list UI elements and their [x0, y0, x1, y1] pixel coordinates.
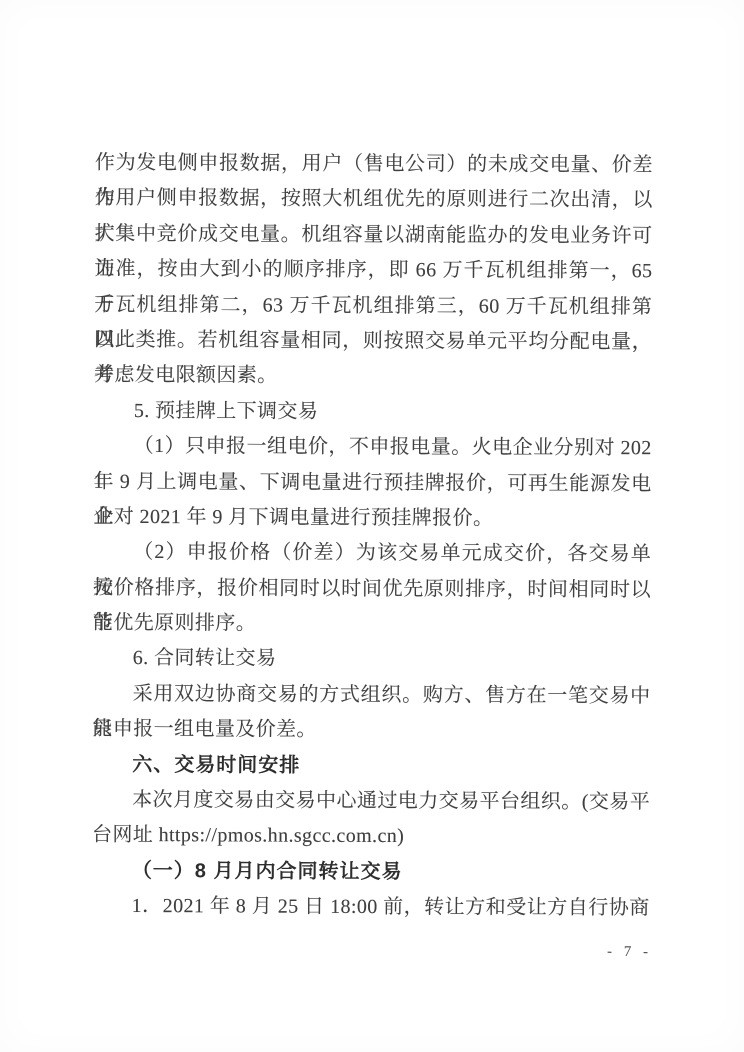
text-line: 能申报一组电量及价差。	[92, 712, 650, 750]
text-line: 以此类推。若机组容量相同，则按照交易单元平均分配电量，并	[94, 323, 652, 361]
text-line: （1）只申报一组电价，不申报电量。火电企业分别对 2021	[94, 429, 652, 467]
text-line: 为用户侧申报数据，按照大机组优先的原则进行二次出清，以扩	[95, 181, 653, 219]
text-line: 业对 2021 年 9 月下调电量进行预挂牌报价。	[93, 500, 651, 538]
scanned-document-page: 作为发电侧申报数据，用户（售电公司）的未成交电量、价差作 为用户侧申报数据，按照…	[0, 0, 744, 1052]
text-line: 采用双边协商交易的方式组织。购方、售方在一笔交易中只	[93, 677, 651, 715]
list-item-heading: 5. 预挂牌上下调交易	[94, 394, 652, 432]
text-line: 大集中竞价成交电量。机组容量以湖南能监办的发电业务许可证	[95, 217, 653, 255]
text-line: 考虑发电限额因素。	[94, 358, 652, 396]
text-line: （2）申报价格（价差）为该交易单元成交价，各交易单元	[93, 535, 651, 573]
subsection-heading: （一）8 月月内合同转让交易	[92, 854, 650, 892]
text-line: 作为发电侧申报数据，用户（售电公司）的未成交电量、价差作	[95, 146, 653, 184]
text-line: 本次月度交易由交易中心通过电力交易平台组织。(交易平	[92, 783, 650, 821]
document-body: 作为发电侧申报数据，用户（售电公司）的未成交电量、价差作 为用户侧申报数据，按照…	[92, 146, 653, 927]
text-line: 千瓦机组排第二，63 万千瓦机组排第三，60 万千瓦机组排第四，	[94, 287, 652, 325]
text-line: 年 9 月上调电量、下调电量进行预挂牌报价，可再生能源发电企	[93, 464, 651, 502]
platform-url-line: 台网址 https://pmos.hn.sgcc.com.cn)	[92, 818, 650, 856]
section-heading: 六、交易时间安排	[92, 747, 650, 785]
text-line: 1．2021 年 8 月 25 日 18:00 前，转让方和受让方自行协商	[92, 889, 650, 927]
text-line: 能优先原则排序。	[93, 606, 651, 644]
text-line: 按价格排序，报价相同时以时间优先原则排序，时间相同时以节	[93, 570, 651, 608]
text-line: 为准，按由大到小的顺序排序，即 66 万千瓦机组排第一，65 万	[94, 252, 652, 290]
list-item-heading: 6. 合同转让交易	[93, 641, 651, 679]
page-number: - 7 -	[607, 944, 652, 961]
